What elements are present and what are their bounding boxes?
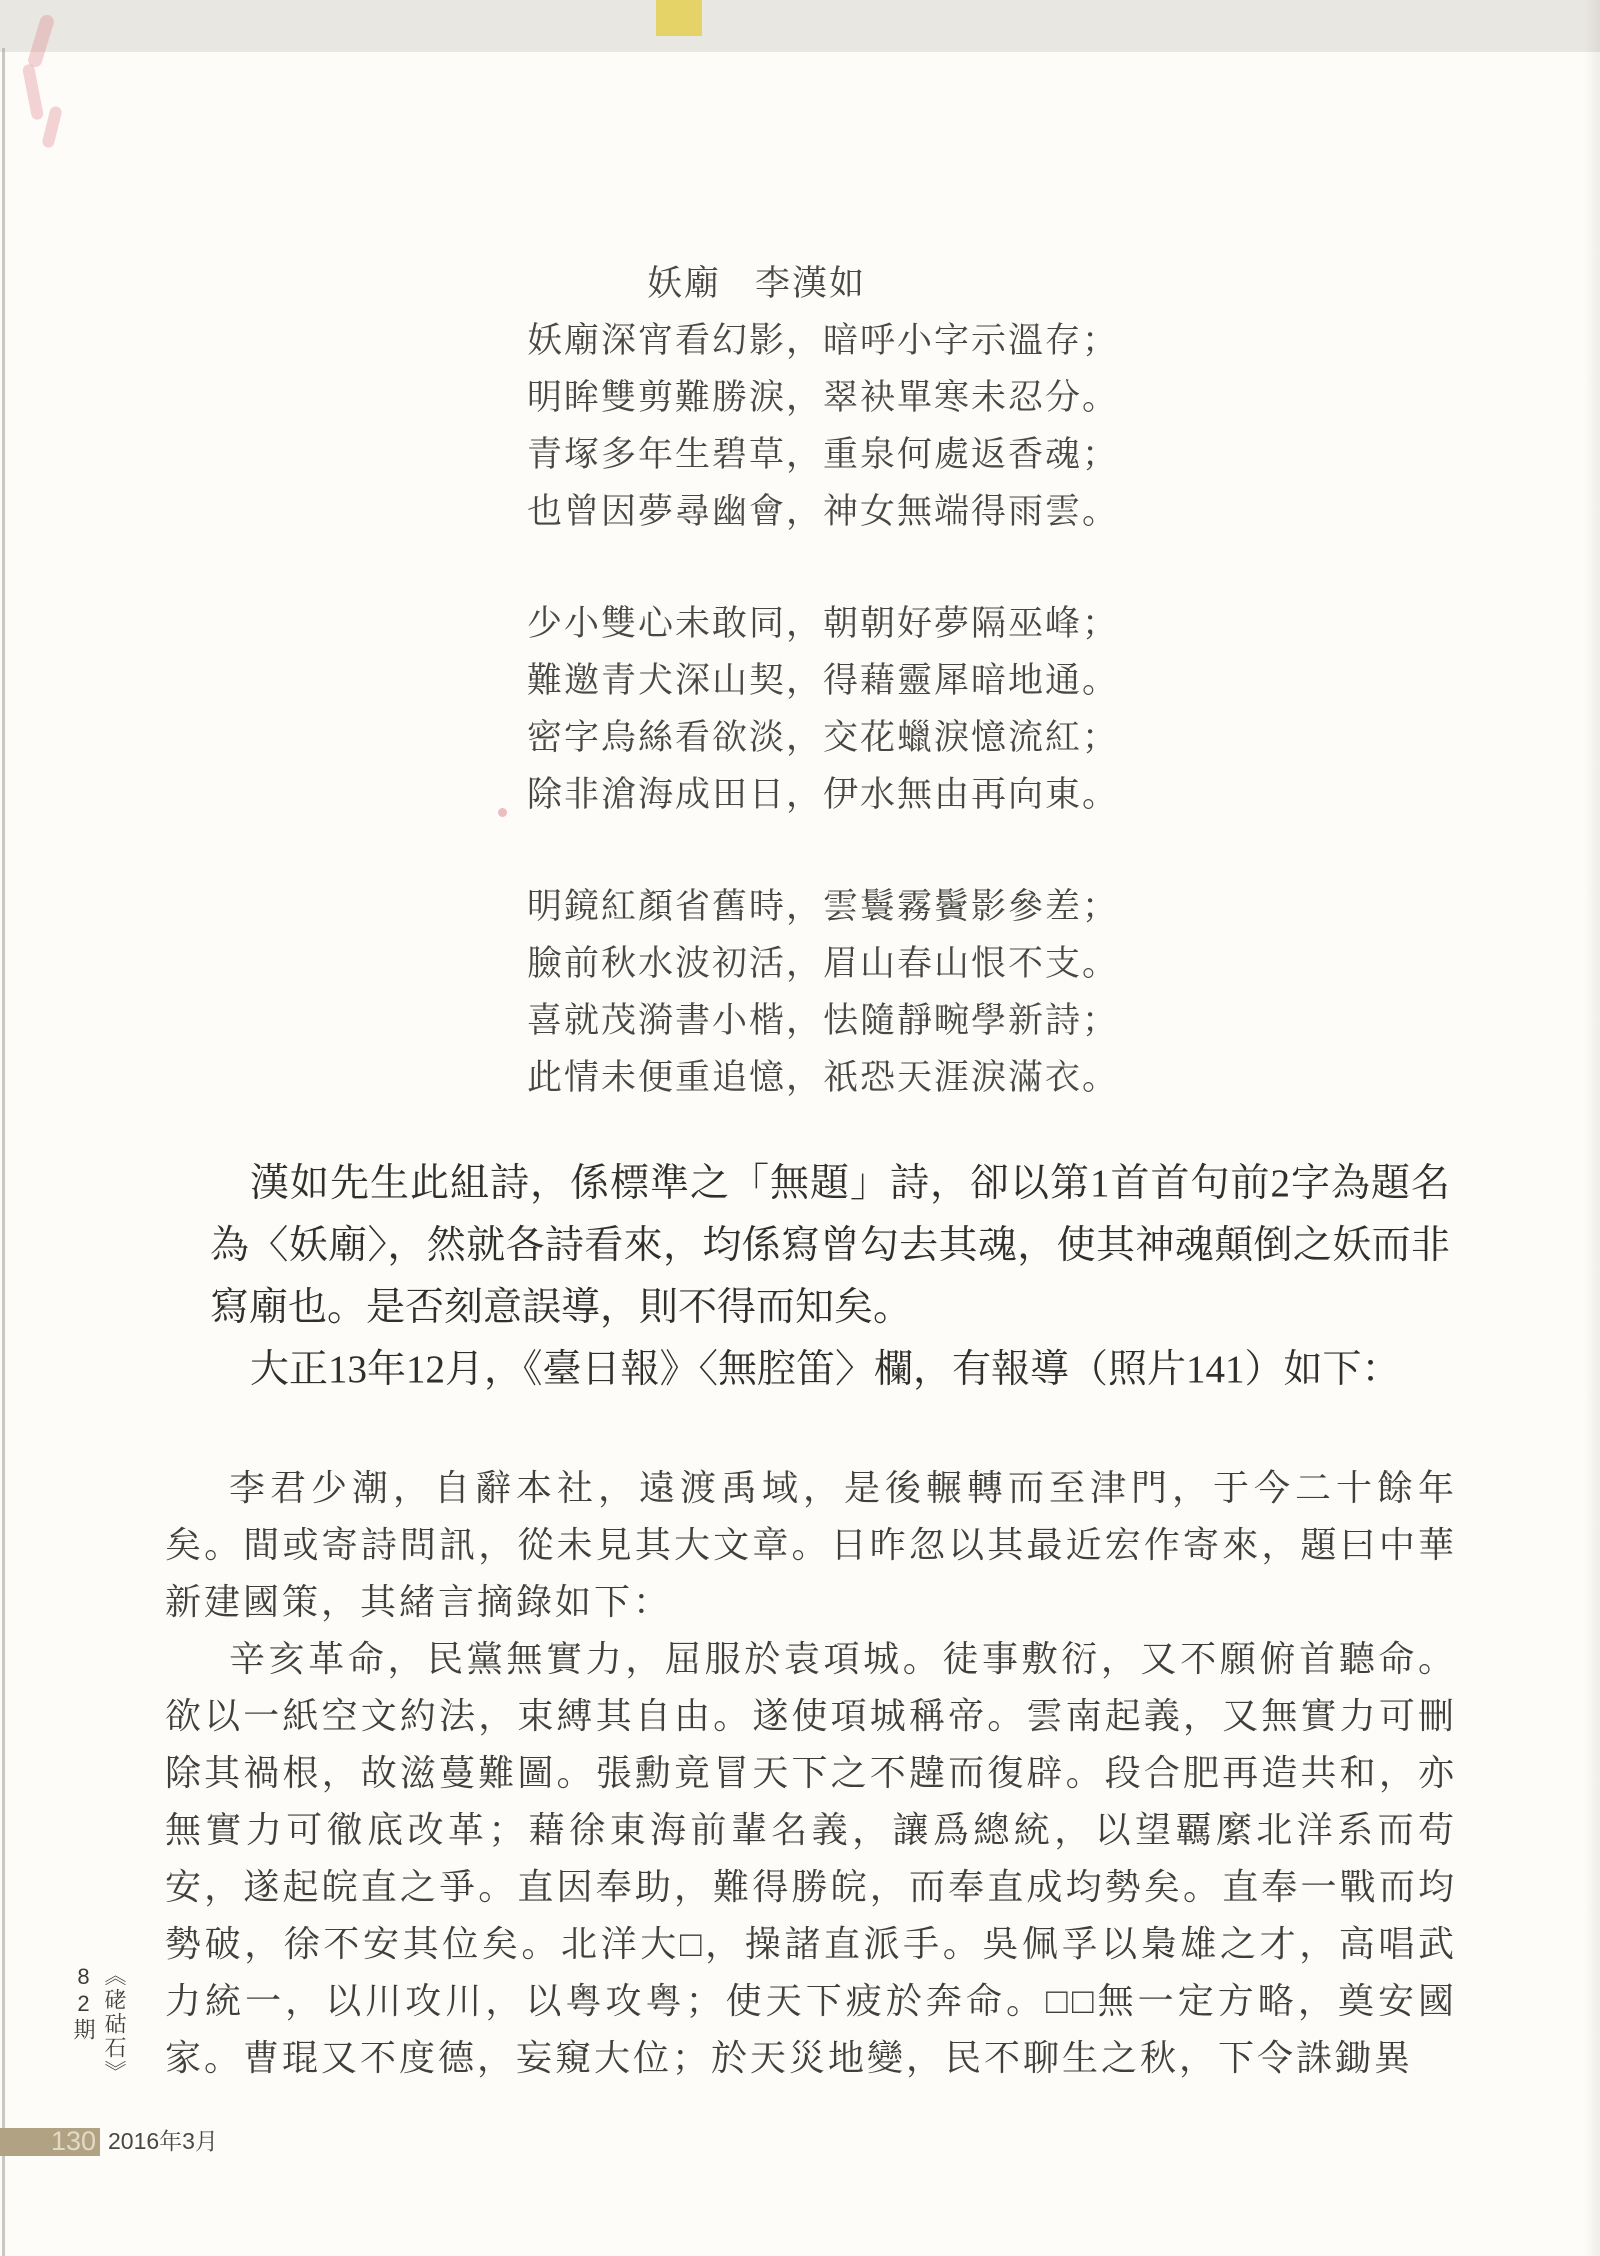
scan-right-shadow — [1584, 0, 1600, 2256]
poem-stanza-3: 明鏡紅顏省舊時，雲鬟霧鬢影參差； 臉前秋水波初活，眉山春山恨不支。 喜就茂漪書小… — [527, 878, 1119, 1106]
poem-stanza-2: 少小雙心未敢同，朝朝好夢隔巫峰； 難邀青犬深山契，得藉靈犀暗地通。 密字烏絲看欲… — [527, 595, 1119, 823]
poem-block: 妖廟李漢如 妖廟深宵看幻影，暗呼小字示溫存； 明眸雙剪難勝淚，翠袂單寒未忍分。 … — [527, 255, 1119, 1106]
scan-left-edge-line — [2, 48, 5, 2256]
poem-title: 妖廟 — [647, 264, 721, 303]
quotation-paragraph: 辛亥革命，民黨無實力，屈服於袁項城。徒事敷衍，又不願俯首聽命。欲以一紙空文約法，… — [165, 1631, 1457, 2087]
poem-line: 此情未便重追憶，祇恐天涯淚滿衣。 — [527, 1049, 1119, 1106]
scan-yellow-tab-mark — [656, 0, 702, 36]
pink-speck — [498, 808, 507, 817]
commentary-paragraph: 大正13年12月，《臺日報》〈無腔笛〉欄，有報導（照片141）如下： — [210, 1339, 1450, 1401]
pink-pencil-mark — [41, 105, 63, 149]
poem-stanza-1: 妖廟深宵看幻影，暗呼小字示溫存； 明眸雙剪難勝淚，翠袂單寒未忍分。 青塚多年生碧… — [527, 312, 1119, 540]
poem-line: 青塚多年生碧草，重泉何處返香魂； — [527, 426, 1119, 483]
poem-line: 妖廟深宵看幻影，暗呼小字示溫存； — [527, 312, 1119, 369]
poem-line: 臉前秋水波初活，眉山春山恨不支。 — [527, 935, 1119, 992]
poem-line: 少小雙心未敢同，朝朝好夢隔巫峰； — [527, 595, 1119, 652]
journal-title-vertical: 《硓𥑮石》82期 — [68, 1964, 130, 2124]
poem-line: 明鏡紅顏省舊時，雲鬟霧鬢影參差； — [527, 878, 1119, 935]
newspaper-quotation-block: 李君少潮，自辭本社，遠渡禹域，是後輾轉而至津門，于今二十餘年矣。間或寄詩問訊，從… — [165, 1460, 1457, 2087]
poem-line: 難邀青犬深山契，得藉靈犀暗地通。 — [527, 652, 1119, 709]
poem-line: 喜就茂漪書小楷，怯隨靜畹學新詩； — [527, 992, 1119, 1049]
poem-title-line: 妖廟李漢如 — [647, 255, 1119, 312]
poem-author: 李漢如 — [755, 264, 866, 303]
issue-date: 2016年3月 — [108, 2126, 218, 2156]
commentary-block: 漢如先生此組詩，係標準之「無題」詩，卻以第1首首句前2字為題名為〈妖廟〉，然就各… — [210, 1153, 1450, 1401]
page-number: 130 — [51, 2126, 96, 2156]
poem-line: 除非滄海成田日，伊水無由再向東。 — [527, 766, 1119, 823]
poem-line: 也曾因夢尋幽會，神女無端得雨雲。 — [527, 483, 1119, 540]
scan-top-band — [0, 0, 1600, 52]
page-number-badge: 130 — [0, 2128, 100, 2156]
pink-pencil-mark — [22, 63, 44, 120]
poem-line: 密字烏絲看欲淡，交花蠟淚憶流紅； — [527, 709, 1119, 766]
commentary-paragraph: 漢如先生此組詩，係標準之「無題」詩，卻以第1首首句前2字為題名為〈妖廟〉，然就各… — [210, 1153, 1450, 1339]
poem-line: 明眸雙剪難勝淚，翠袂單寒未忍分。 — [527, 369, 1119, 426]
quotation-paragraph: 李君少潮，自辭本社，遠渡禹域，是後輾轉而至津門，于今二十餘年矣。間或寄詩問訊，從… — [165, 1460, 1457, 1631]
